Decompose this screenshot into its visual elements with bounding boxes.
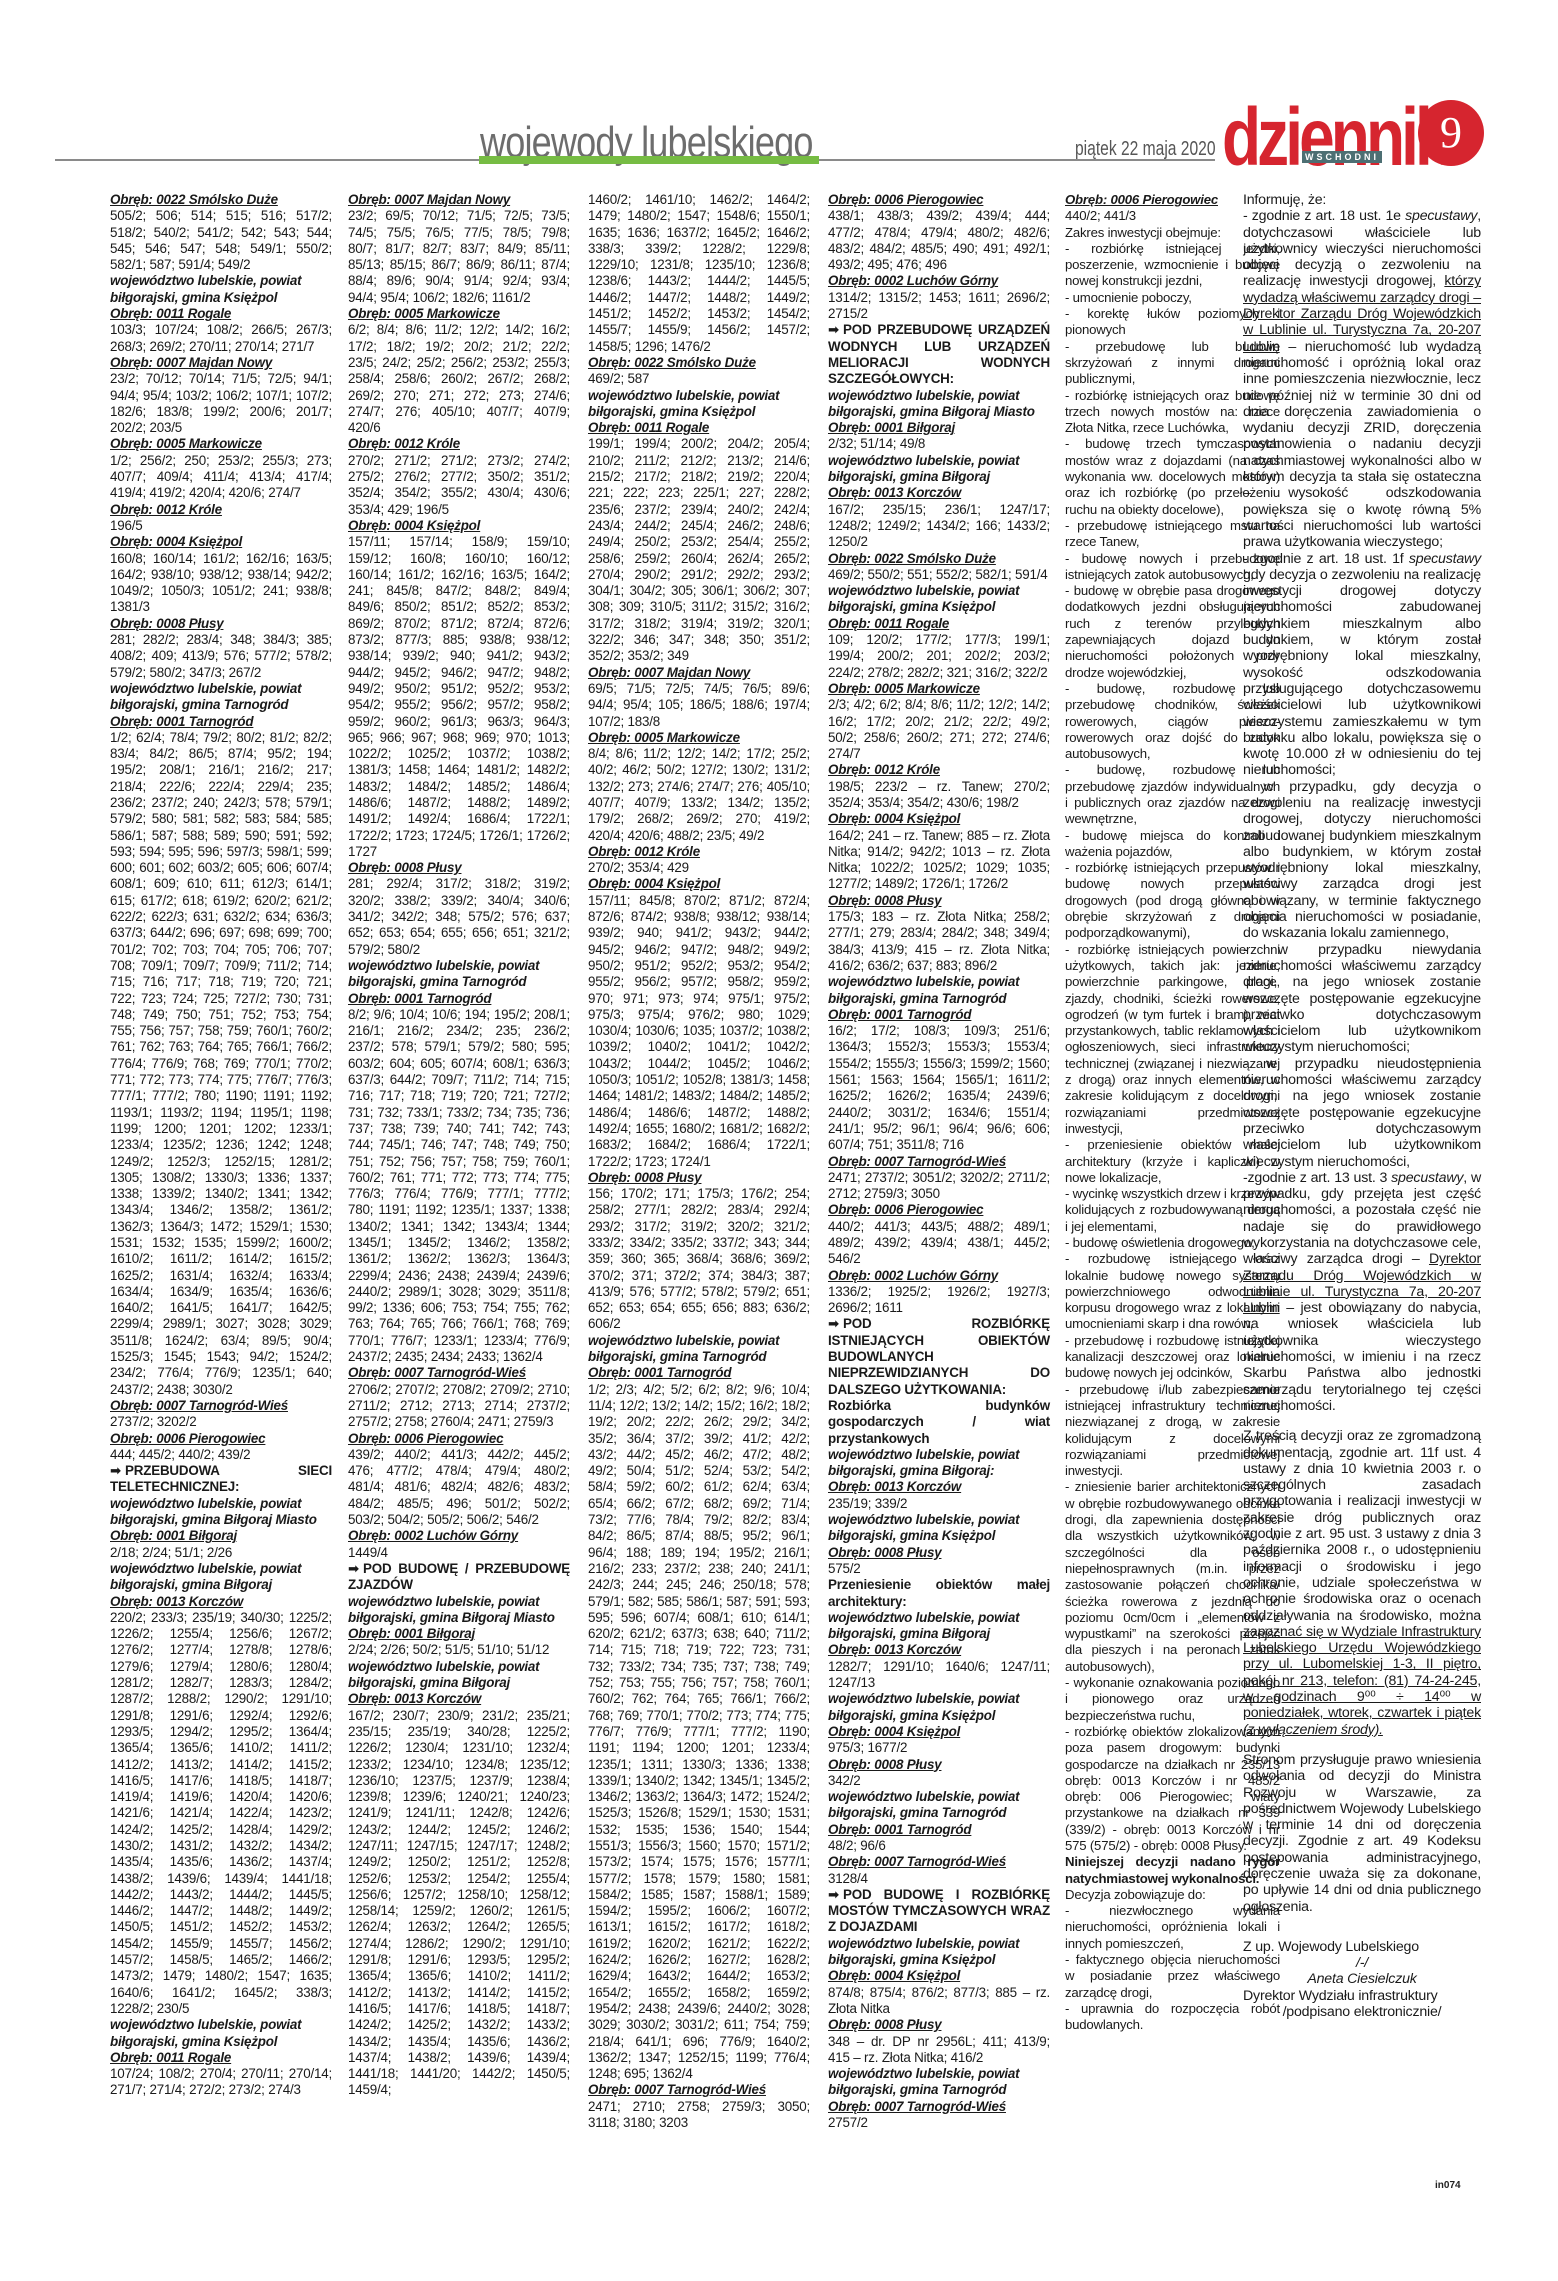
region-label: województwo lubelskie, powiat biłgorajsk… [588,388,810,421]
obreb-heading: Obręb: 0002 Luchów Górny [348,1528,570,1544]
region-label: województwo lubelskie, powiat biłgorajsk… [828,1610,1050,1643]
obreb-heading: Obręb: 0007 Majdan Nowy [588,665,810,681]
parcel-list: 196/5 [110,518,332,534]
region-label: województwo lubelskie, powiat biłgorajsk… [348,1594,570,1627]
parcel-list: 469/2; 587 [588,371,810,387]
obreb-heading: Obręb: 0008 Płusy [110,616,332,632]
obreb-heading: Obręb: 0001 Tarnogród [828,1822,1050,1838]
parcel-list: 281; 282/2; 283/4; 348; 384/3; 385; 408/… [110,632,332,681]
region-label: województwo lubelskie, powiat biłgorajsk… [110,1561,332,1594]
parcel-list: 160/8; 160/14; 161/2; 162/16; 163/5; 164… [110,551,332,616]
italic-text: specustawy [1391,1170,1463,1186]
parcel-list: 157/11; 845/8; 870/2; 871/2; 872/4; 872/… [588,893,810,1170]
parcel-list: 3128/4 [828,1871,1050,1887]
section-heading-text: POD BUDOWĘ I ROZBIÓRKĘ MOSTÓW TYMCZASOWY… [828,1887,1050,1935]
obreb-heading: Obręb: 0007 Tarnogród-Wieś [110,1398,332,1414]
parcel-list: 438/1; 438/3; 439/2; 439/4; 444; 477/2; … [828,208,1050,273]
text-run: - w przypadku niewydania nieruchomości w… [1243,942,1481,1056]
info-paragraph: - zgodnie z art. 18 ust. 1e specustawy, … [1243,208,1481,550]
parcel-list: 23/2; 70/12; 70/14; 71/5; 72/5; 94/1; 94… [110,371,332,436]
subheading: Przeniesienie obiektów małej architektur… [828,1577,1050,1610]
obreb-heading: Obręb: 0005 Markowicze [588,730,810,746]
parcel-list: 8/2; 9/6; 10/4; 10/6; 194; 195/2; 208/1;… [348,1007,570,1366]
obreb-heading: Obręb: 0002 Luchów Górny [828,1268,1050,1284]
text-run: - w przypadku, gdy decyzja o zezwoleniu … [1243,779,1481,942]
parcel-list: 199/1; 199/4; 200/2; 204/2; 205/4; 210/2… [588,436,810,664]
obreb-heading: Obręb: 0012 Króle [588,844,810,860]
region-label: województwo lubelskie, powiat biłgorajsk… [828,974,1050,1007]
text-run: Z treścią decyzji oraz ze zgromadzoną do… [1243,1428,1481,1623]
region-label: województwo lubelskie, powiat biłgorajsk… [110,1496,332,1529]
obreb-heading: Obręb: 0008 Płusy [828,2017,1050,2033]
obreb-heading: Obręb: 0008 Płusy [828,1757,1050,1773]
underlined-text: (z wyłączeniem środy). [1243,1722,1383,1738]
obreb-heading: Obręb: 0004 Księżpol [828,811,1050,827]
parcel-list: 198/5; 223/2 – rz. Tanew; 270/2; 352/4; … [828,779,1050,812]
info-paragraph: - zgodnie z art. 18 ust. 1f specustawy g… [1243,551,1481,779]
parcel-list: 2/32; 51/14; 49/8 [828,436,1050,452]
region-label: województwo lubelskie, powiat biłgorajsk… [828,453,1050,486]
obreb-heading: Obręb: 0007 Majdan Nowy [110,355,332,371]
obreb-heading: Obręb: 0001 Tarnogród [110,714,332,730]
parcel-list: 8/4; 8/6; 11/2; 12/2; 14/2; 17/2; 25/2; … [588,746,810,844]
region-label: województwo lubelskie, powiat biłgorajsk… [588,1333,810,1366]
obreb-heading: Obręb: 0007 Majdan Nowy [348,192,570,208]
obreb-heading: Obręb: 0002 Luchów Górny [828,273,1050,289]
obreb-heading: Obręb: 0001 Biłgoraj [110,1528,332,1544]
parcel-list: 1282/7; 1291/10; 1640/6; 1247/11; 1247/1… [828,1659,1050,1692]
parcel-list: 103/3; 107/24; 108/2; 266/5; 267/3; 268/… [110,322,332,355]
parcel-list: 156; 170/2; 171; 175/3; 176/2; 254; 258/… [588,1186,810,1333]
intro-text: Informuję, że: [1243,192,1481,208]
obreb-heading: Obręb: 0013 Korczów [348,1691,570,1707]
obreb-heading: Obręb: 0004 Księżpol [110,534,332,550]
parcel-list: 505/2; 506; 514; 515; 516; 517/2; 518/2;… [110,208,332,273]
info-paragraph: - w przypadku niewydania nieruchomości w… [1243,942,1481,1056]
obreb-heading: Obręb: 0013 Korczów [828,1642,1050,1658]
obreb-heading: Obręb: 0007 Tarnogród-Wieś [348,1365,570,1381]
obreb-heading: Obręb: 0007 Tarnogród-Wieś [828,1154,1050,1170]
page-header: wojewody lubelskiego piątek 22 maja 2020… [0,0,1558,175]
parcel-list: 69/5; 71/5; 72/5; 74/5; 76/5; 89/6; 94/4… [588,681,810,730]
parcel-list: 235/19; 339/2 [828,1496,1050,1512]
obreb-heading: Obręb: 0004 Księżpol [828,1968,1050,1984]
obreb-heading: Obręb: 0006 Pierogowiec [828,192,1050,208]
signature-line: Z up. Wojewody Lubelskiego [1243,1939,1481,1955]
region-label: województwo lubelskie, powiat biłgorajsk… [110,681,332,714]
column-3: 1460/2; 1461/10; 1462/2; 1464/2; 1479; 1… [588,192,810,2131]
parcel-list: 1449/4 [348,1545,570,1561]
arrow-right-icon: ➡ [348,1561,359,1577]
signature-block: Z up. Wojewody Lubelskiego /-/ Aneta Cie… [1243,1939,1481,2020]
region-label: województwo lubelskie, powiat biłgorajsk… [828,583,1050,616]
obreb-heading: Obręb: 0012 Króle [828,762,1050,778]
region-label: województwo lubelskie, powiat biłgorajsk… [348,1659,570,1692]
parcel-list: 348 – dr. DP nr 2956L; 411; 413/9; 415 –… [828,2034,1050,2067]
text-run: – jest obowiązany do nabycia, na wniosek… [1243,1300,1481,1414]
newspaper-logo-subtitle: WSCHODNI [1302,151,1382,163]
region-label: województwo lubelskie, powiat biłgorajsk… [110,2017,332,2050]
obreb-heading: Obręb: 0005 Markowicze [348,306,570,322]
region-label: województwo lubelskie, powiat biłgorajsk… [828,388,1050,421]
parcel-list: 157/11; 157/14; 158/9; 159/10; 159/12; 1… [348,534,570,860]
info-paragraph: - w przypadku nieudostępnienia nieruchom… [1243,1056,1481,1170]
obreb-heading: Obręb: 0022 Smólsko Duże [110,192,332,208]
obreb-heading: Obręb: 0011 Rogale [828,616,1050,632]
info-paragraph: Stronom przysługuje prawo wniesienia odw… [1243,1752,1481,1915]
text-run: - zgodnie z art. 18 ust. 1f [1243,551,1409,567]
arrow-right-icon: ➡ [828,1316,839,1332]
obreb-heading: Obręb: 0022 Smólsko Duże [588,355,810,371]
signatory-title: Dyrektor Wydziału infrastruktury [1243,1988,1481,2004]
section-heading-text: PRZEBUDOWA SIECI TELETECHNICZNEJ: [110,1463,332,1494]
section-heading: ➡POD BUDOWĘ / PRZEBUDOWĘ ZJAZDÓW [348,1561,570,1594]
signatory-name: Aneta Ciesielczuk [1243,1971,1481,1987]
parcel-list: 2757/2 [828,2115,1050,2131]
ad-code: in074 [1435,2180,1461,2191]
obreb-heading: Obręb: 0006 Pierogowiec [828,1202,1050,1218]
obreb-heading: Obręb: 0001 Biłgoraj [348,1626,570,1642]
text-run: gdy decyzja o zezwoleniu na realizację i… [1243,567,1481,779]
parcel-list: 23/2; 69/5; 70/12; 71/5; 72/5; 73/5; 74/… [348,208,570,306]
section-heading-text: POD PRZEBUDOWĘ URZĄDZEŃ WODNYCH LUB URZĄ… [828,322,1050,386]
parcel-list: 175/3; 183 – rz. Złota Nitka; 258/2; 277… [828,909,1050,974]
parcel-list: 444; 445/2; 440/2; 439/2 [110,1447,332,1463]
section-accent-bar [479,156,819,164]
parcel-list: 109; 120/2; 177/2; 177/3; 199/1; 199/4; … [828,632,1050,681]
obreb-heading: Obręb: 0005 Markowicze [828,681,1050,697]
obreb-heading: Obręb: 0005 Markowicze [110,436,332,452]
parcel-list: 1/2; 256/2; 250; 253/2; 255/3; 273; 407/… [110,453,332,502]
obreb-heading: Obręb: 0008 Płusy [588,1170,810,1186]
arrow-right-icon: ➡ [828,322,839,338]
section-heading: ➡POD BUDOWĘ I ROZBIÓRKĘ MOSTÓW TYMCZASOW… [828,1887,1050,1936]
parcel-list: 2471; 2710; 2758; 2759/3; 3050; 3118; 31… [588,2099,810,2132]
parcel-list: 6/2; 8/4; 8/6; 11/2; 12/2; 14/2; 16/2; 1… [348,322,570,436]
obreb-heading: Obręb: 0013 Korczów [110,1594,332,1610]
region-label: województwo lubelskie, powiat biłgorajsk… [828,1512,1050,1545]
parcel-list: 1460/2; 1461/10; 1462/2; 1464/2; 1479; 1… [588,192,810,355]
obreb-heading: Obręb: 0022 Smólsko Duże [828,551,1050,567]
region-label: województwo lubelskie, powiat biłgorajsk… [348,958,570,991]
parcel-list: 440/2; 441/3; 443/5; 488/2; 489/1; 489/2… [828,1219,1050,1268]
parcel-list: 1/2; 62/4; 78/4; 79/2; 80/2; 81/2; 82/2;… [110,730,332,1398]
parcel-list: 270/2; 353/4; 429 [588,860,810,876]
region-label: województwo lubelskie, powiat biłgorajsk… [828,1447,1050,1480]
issue-date: piątek 22 maja 2020 [1075,138,1216,161]
column-2: Obręb: 0007 Majdan Nowy23/2; 69/5; 70/12… [348,192,570,2099]
parcel-list: 2737/2; 3202/2 [110,1414,332,1430]
parcel-list: 342/2 [828,1773,1050,1789]
obreb-heading: Obręb: 0006 Pierogowiec [110,1431,332,1447]
region-label: województwo lubelskie, powiat biłgorajsk… [828,2066,1050,2099]
parcel-list: 2471; 2737/2; 3051/2; 3202/2; 2711/2; 27… [828,1170,1050,1203]
signature-mark: /-/ [1243,1955,1481,1971]
obreb-heading: Obręb: 0008 Płusy [348,860,570,876]
obreb-heading: Obręb: 0004 Księżpol [828,1724,1050,1740]
arrow-right-icon: ➡ [828,1887,839,1903]
text-run: – nieruchomość lub wydadzą nieruchomość … [1243,339,1481,551]
info-paragraph: -zgodnie z art. 13 ust. 3 specustawy, w … [1243,1170,1481,1414]
obreb-heading: Obręb: 0006 Pierogowiec [348,1431,570,1447]
column-1: Obręb: 0022 Smólsko Duże505/2; 506; 514;… [110,192,332,2099]
section-heading-text: POD BUDOWĘ / PRZEBUDOWĘ ZJAZDÓW [348,1561,570,1592]
section-heading: ➡POD PRZEBUDOWĘ URZĄDZEŃ WODNYCH LUB URZ… [828,322,1050,387]
region-label: województwo lubelskie, powiat biłgorajsk… [828,1789,1050,1822]
section-heading: ➡PRZEBUDOWA SIECI TELETECHNICZNEJ: [110,1463,332,1496]
parcel-list: 1/2; 2/3; 4/2; 5/2; 6/2; 8/2; 9/6; 10/4;… [588,1382,810,2083]
parcel-list: 107/24; 108/2; 270/4; 270/11; 270/14; 27… [110,2066,332,2099]
obreb-heading: Obręb: 0007 Tarnogród-Wieś [828,2099,1050,2115]
text-run: - w przypadku nieudostępnienia nieruchom… [1243,1056,1481,1170]
text-run: - zgodnie z art. 18 ust. 1e [1243,208,1405,224]
italic-text: specustawy [1405,208,1477,224]
arrow-right-icon: ➡ [110,1463,121,1479]
parcel-list: 2706/2; 2707/2; 2708/2; 2709/2; 2710; 27… [348,1382,570,1431]
parcel-list: 2/18; 2/24; 51/1; 2/26 [110,1545,332,1561]
parcel-list: 167/2; 230/7; 230/9; 231/2; 235/21; 235/… [348,1708,570,2099]
parcel-list: 48/2; 96/6 [828,1838,1050,1854]
parcel-list: 167/2; 235/15; 236/1; 1247/17; 1248/2; 1… [828,502,1050,551]
parcel-list: 16/2; 17/2; 108/3; 109/3; 251/6; 1364/3;… [828,1023,1050,1153]
section-heading-text: POD ROZBIÓRKĘ ISTNIEJĄCYCH OBIEKTÓW BUDO… [828,1316,1050,1396]
parcel-list: 2/24; 2/26; 50/2; 51/5; 51/10; 51/12 [348,1642,570,1658]
obreb-heading: Obręb: 0012 Króle [110,502,332,518]
column-6-information: Informuję, że: - zgodnie z art. 18 ust. … [1243,192,1481,2020]
parcel-list: 439/2; 440/2; 441/3; 442/2; 445/2; 476; … [348,1447,570,1528]
parcel-list: 575/2 [828,1561,1050,1577]
obreb-heading: Obręb: 0011 Rogale [110,2050,332,2066]
parcel-list: 1314/2; 1315/2; 1453; 1611; 2696/2; 2715… [828,290,1050,323]
obreb-heading: Obręb: 0001 Biłgoraj [828,420,1050,436]
parcel-list: 281; 292/4; 317/2; 318/2; 319/2; 320/2; … [348,876,570,957]
obreb-heading: Obręb: 0013 Korczów [828,1479,1050,1495]
obreb-heading: Obręb: 0013 Korczów [828,485,1050,501]
signature-note: /podpisano elektronicznie/ [1243,2004,1481,2020]
parcel-list: 874/8; 875/4; 876/2; 877/3; 885 – rz. Zł… [828,1985,1050,2018]
info-paragraph: Z treścią decyzji oraz ze zgromadzoną do… [1243,1428,1481,1738]
text-run: -zgodnie z art. 13 ust. 3 [1243,1170,1391,1186]
text-run: Stronom przysługuje prawo wniesienia odw… [1243,1752,1481,1915]
underlined-text: zapoznać się w Wydziale Infrastruktury L… [1243,1624,1481,1721]
page-number-badge: 9 [1418,100,1484,166]
obreb-heading: Obręb: 0004 Księżpol [348,518,570,534]
info-paragraphs: - zgodnie z art. 18 ust. 1e specustawy, … [1243,208,1481,1915]
obreb-heading: Obręb: 0008 Płusy [828,893,1050,909]
region-label: województwo lubelskie, powiat biłgorajsk… [828,1936,1050,1969]
section-heading: ➡POD ROZBIÓRKĘ ISTNIEJĄCYCH OBIEKTÓW BUD… [828,1316,1050,1397]
parcel-list: 975/3; 1677/2 [828,1740,1050,1756]
obreb-heading: Obręb: 0007 Tarnogród-Wieś [588,2082,810,2098]
obreb-heading: Obręb: 0008 Płusy [828,1545,1050,1561]
obreb-heading: Obręb: 0011 Rogale [110,306,332,322]
obreb-heading: Obręb: 0007 Tarnogród-Wieś [828,1854,1050,1870]
parcel-list: 469/2; 550/2; 551; 552/2; 582/1; 591/4 [828,567,1050,583]
obreb-heading: Obręb: 0001 Tarnogród [348,991,570,1007]
parcel-list: 270/2; 271/2; 271/2; 273/2; 274/2; 275/2… [348,453,570,518]
italic-text: specustawy [1409,551,1481,567]
parcel-list: 220/2; 233/3; 235/19; 340/30; 1225/2; 12… [110,1610,332,2017]
obreb-heading: Obręb: 0012 Króle [348,436,570,452]
parcel-list: 1336/2; 1925/2; 1926/2; 1927/3; 2696/2; … [828,1284,1050,1317]
obreb-heading: Obręb: 0004 Księżpol [588,876,810,892]
obreb-heading: Obręb: 0001 Tarnogród [828,1007,1050,1023]
region-label: województwo lubelskie, powiat biłgorajsk… [110,273,332,306]
article-columns: Obręb: 0022 Smólsko Duże505/2; 506; 514;… [110,192,1550,2252]
info-paragraph: - w przypadku, gdy decyzja o zezwoleniu … [1243,779,1481,942]
region-label: województwo lubelskie, powiat biłgorajsk… [828,1691,1050,1724]
obreb-heading: Obręb: 0001 Tarnogród [588,1365,810,1381]
parcel-list: 2/3; 4/2; 6/2; 8/4; 8/6; 11/2; 12/2; 14/… [828,697,1050,762]
column-4: Obręb: 0006 Pierogowiec438/1; 438/3; 439… [828,192,1050,2131]
parcel-list: 164/2; 241 – rz. Tanew; 885 – rz. Złota … [828,828,1050,893]
subheading: Rozbiórka budynków gospodarczych / wiat … [828,1398,1050,1447]
obreb-heading: Obręb: 0011 Rogale [588,420,810,436]
